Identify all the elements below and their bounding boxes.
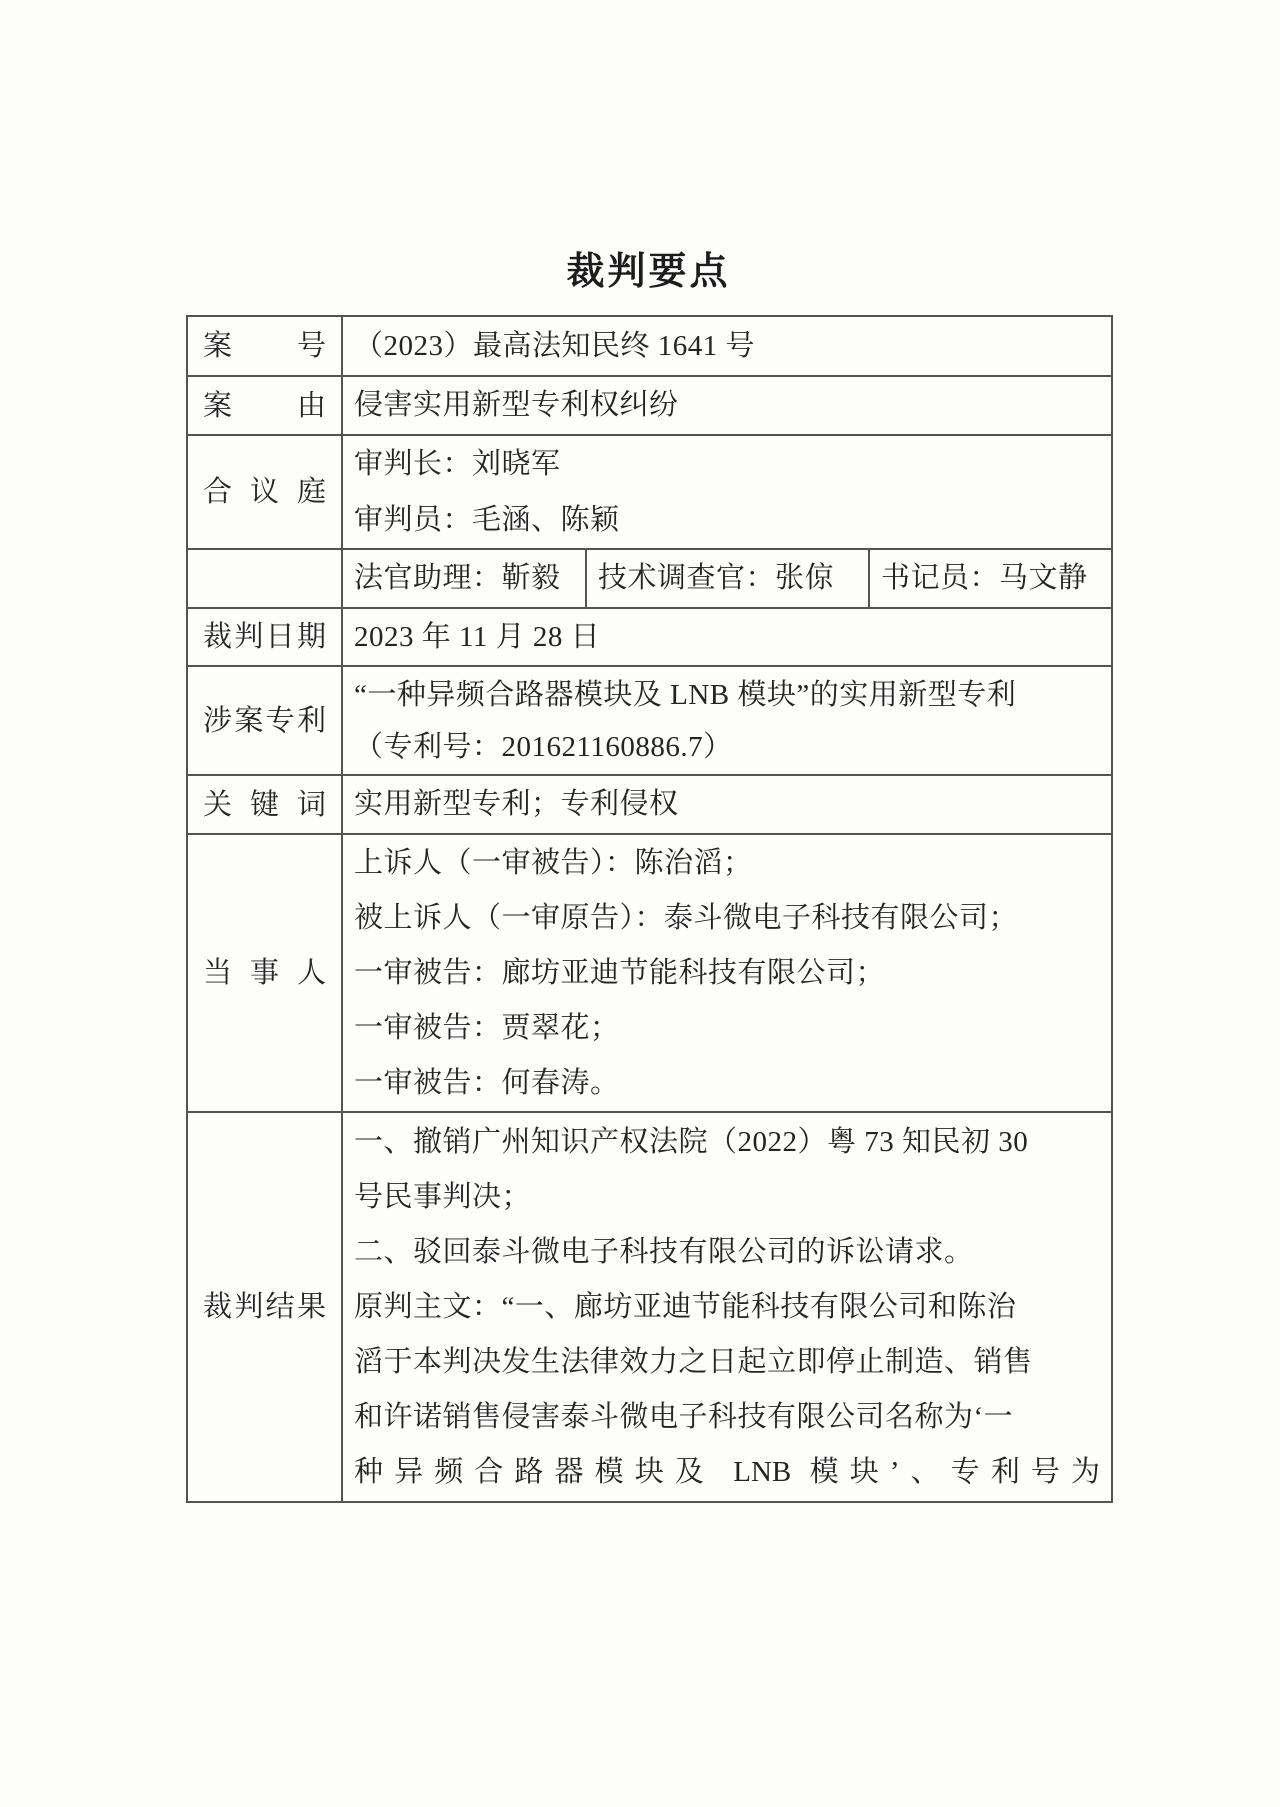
judgment-date-value-cell: 2023 年 11 月 28 日 <box>342 608 1112 666</box>
parties-label: 当事人 <box>188 956 341 990</box>
patent-row: 涉案专利 “一种异频合路器模块及 LNB 模块”的实用新型专利 （专利号：201… <box>187 666 1112 775</box>
cause-label: 案由 <box>188 389 341 423</box>
result-line-5: 滔于本判决发生法律效力之日起立即停止制造、销售 <box>354 1335 1100 1390</box>
cause-row: 案由 侵害实用新型专利权纠纷 <box>187 376 1112 435</box>
patent-number: （专利号：201621160886.7） <box>354 721 1100 773</box>
patent-value-cell: “一种异频合路器模块及 LNB 模块”的实用新型专利 （专利号：20162116… <box>342 666 1112 775</box>
keywords-label-cell: 关键词 <box>187 775 342 834</box>
keywords-label: 关键词 <box>188 788 341 822</box>
technical-investigator-cell: 技术调查官：张倞 <box>586 549 869 608</box>
panel-label-cell: 合议庭 <box>187 435 342 549</box>
judge-assistant-cell: 法官助理：靳毅 <box>342 549 586 608</box>
cause-value: 侵害实用新型专利权纠纷 <box>354 378 1100 433</box>
case-number-value: （2023）最高法知民终 1641 号 <box>354 319 1100 374</box>
cause-value-cell: 侵害实用新型专利权纠纷 <box>342 376 1112 435</box>
result-value-cell: 一、撤销广州知识产权法院（2022）粤 73 知民初 30 号民事判决； 二、驳… <box>342 1112 1112 1502</box>
panel-presiding-judge: 审判长：刘晓军 <box>354 436 1100 492</box>
parties-row: 当事人 上诉人（一审被告）：陈治滔； 被上诉人（一审原告）：泰斗微电子科技有限公… <box>187 834 1112 1112</box>
case-number-value-cell: （2023）最高法知民终 1641 号 <box>342 316 1112 376</box>
result-line-6: 和许诺销售侵害泰斗微电子科技有限公司名称为‘一 <box>354 1390 1100 1445</box>
result-line-2: 号民事判决； <box>354 1170 1100 1225</box>
keywords-row: 关键词 实用新型专利；专利侵权 <box>187 775 1112 834</box>
judgment-date-row: 裁判日期 2023 年 11 月 28 日 <box>187 608 1112 666</box>
judgment-date-label-cell: 裁判日期 <box>187 608 342 666</box>
judgment-summary-table: 案号 （2023）最高法知民终 1641 号 案由 侵害实用新型专利权纠纷 合议… <box>186 315 1113 1503</box>
panel-judges: 审判员：毛涵、陈颖 <box>354 492 1100 548</box>
keywords-value-cell: 实用新型专利；专利侵权 <box>342 775 1112 834</box>
panel-label: 合议庭 <box>188 475 341 509</box>
cause-label-cell: 案由 <box>187 376 342 435</box>
party-defendant-1: 一审被告：廊坊亚迪节能科技有限公司； <box>354 946 1100 1001</box>
panel-value-cell: 审判长：刘晓军 审判员：毛涵、陈颖 <box>342 435 1112 549</box>
parties-label-cell: 当事人 <box>187 834 342 1112</box>
patent-title: “一种异频合路器模块及 LNB 模块”的实用新型专利 <box>354 669 1100 721</box>
keywords-value: 实用新型专利；专利侵权 <box>354 777 1100 832</box>
result-line-3: 二、驳回泰斗微电子科技有限公司的诉讼请求。 <box>354 1225 1100 1280</box>
staff-label-cell <box>187 549 342 608</box>
document-title: 裁判要点 <box>187 240 1110 295</box>
result-line-7: 种异频合路器模块及 LNB 模块’、专利号为 <box>354 1445 1100 1500</box>
case-number-label: 案号 <box>188 329 341 363</box>
case-number-label-cell: 案号 <box>187 316 342 376</box>
result-row: 裁判结果 一、撤销广州知识产权法院（2022）粤 73 知民初 30 号民事判决… <box>187 1112 1112 1502</box>
court-clerk-cell: 书记员：马文静 <box>869 549 1112 608</box>
result-label-cell: 裁判结果 <box>187 1112 342 1502</box>
result-line-4: 原判主文：“一、廊坊亚迪节能科技有限公司和陈治 <box>354 1280 1100 1335</box>
parties-value-cell: 上诉人（一审被告）：陈治滔； 被上诉人（一审原告）：泰斗微电子科技有限公司； 一… <box>342 834 1112 1112</box>
court-clerk: 书记员：马文静 <box>881 551 1100 606</box>
technical-investigator: 技术调查官：张倞 <box>598 551 857 606</box>
party-appellant: 上诉人（一审被告）：陈治滔； <box>354 836 1100 891</box>
judgment-date-label: 裁判日期 <box>188 620 341 654</box>
party-defendant-2: 一审被告：贾翠花； <box>354 1001 1100 1056</box>
result-line-1: 一、撤销广州知识产权法院（2022）粤 73 知民初 30 <box>354 1115 1100 1170</box>
patent-label: 涉案专利 <box>188 704 341 738</box>
panel-row: 合议庭 审判长：刘晓军 审判员：毛涵、陈颖 <box>187 435 1112 549</box>
patent-label-cell: 涉案专利 <box>187 666 342 775</box>
judgment-date-value: 2023 年 11 月 28 日 <box>354 610 1100 665</box>
case-number-row: 案号 （2023）最高法知民终 1641 号 <box>187 316 1112 376</box>
staff-row: 法官助理：靳毅 技术调查官：张倞 书记员：马文静 <box>187 549 1112 608</box>
result-label: 裁判结果 <box>188 1290 341 1324</box>
judge-assistant: 法官助理：靳毅 <box>354 551 574 606</box>
party-appellee: 被上诉人（一审原告）：泰斗微电子科技有限公司； <box>354 891 1100 946</box>
party-defendant-3: 一审被告：何春涛。 <box>354 1056 1100 1111</box>
